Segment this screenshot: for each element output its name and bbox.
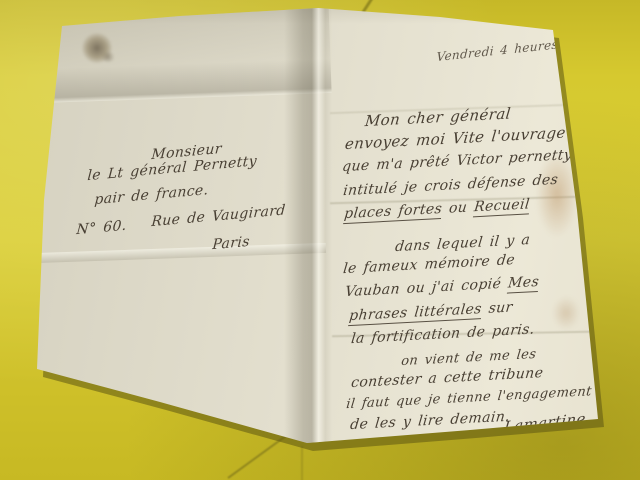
text-segment: intitulé je crois défense des: [342, 172, 559, 199]
horizontal-fold-crease: [34, 243, 326, 263]
letter-line: phrases littérales sur: [348, 299, 513, 324]
text-segment: la fortification de paris.: [350, 321, 535, 347]
text-segment: sur: [481, 299, 514, 317]
underlined-text: Recueil: [473, 196, 531, 217]
photo-scene: Vendredi 4 heures. Monsieurle Lt général…: [0, 0, 640, 480]
address-line: pair de france.: [94, 182, 209, 208]
underlined-text: phrases littérales: [348, 301, 482, 326]
letter-line: Mon cher général: [364, 104, 512, 130]
letter-line: la fortification de paris.: [350, 321, 535, 347]
center-fold-crease: [284, 0, 332, 480]
text-segment: le fameux mémoire de: [342, 252, 516, 277]
text-segment: Vauban ou j'ai copié: [344, 275, 509, 300]
backdrop-crease: [301, 446, 303, 480]
underlined-text: Mes: [507, 274, 540, 293]
letter-line: le fameux mémoire de: [342, 252, 516, 277]
letter-dateline: Vendredi 4 heures.: [436, 37, 562, 64]
text-segment: ou: [441, 199, 475, 217]
paper-stain: [100, 52, 116, 62]
letter-line: places fortes ou Recueil: [343, 196, 530, 222]
address-line: Rue de Vaugirard: [151, 202, 286, 230]
address-line: Paris: [212, 234, 250, 253]
underlined-text: places fortes: [343, 201, 443, 224]
letter-line: Vauban ou j'ai copié Mes: [344, 274, 540, 300]
address-line: N° 60.: [76, 218, 127, 239]
paper-stain: [552, 296, 580, 330]
letter-line: intitulé je crois défense des: [342, 172, 559, 199]
text-segment: Mon cher général: [364, 104, 512, 130]
